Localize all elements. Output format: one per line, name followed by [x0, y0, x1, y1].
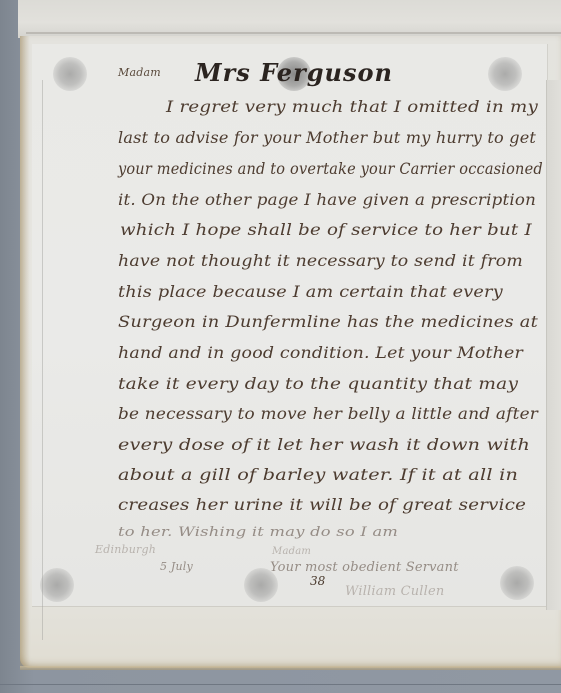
upper-folio-edge — [26, 32, 561, 34]
signature: William Cullen — [345, 584, 444, 599]
closing-madam: Madam — [272, 546, 311, 557]
manuscript-scan: Madam Mrs Ferguson I regret very much th… — [0, 0, 561, 693]
folio-number: 38 — [310, 574, 325, 588]
mounting-stain-bottom-left — [40, 568, 74, 602]
letter-line: take it every day to the quantity that m… — [118, 375, 518, 393]
letter-line: Surgeon in Dunfermline has the medicines… — [118, 313, 538, 331]
letter-line: last to advise for your Mother but my hu… — [118, 129, 536, 147]
letter-line: your medicines and to overtake your Carr… — [118, 160, 543, 178]
addressee-heading: Mrs Ferguson — [195, 58, 393, 87]
letter-line: which I hope shall be of service to her … — [120, 221, 532, 239]
letter-line: it. On the other page I have given a pre… — [118, 191, 536, 209]
letter-line: creases her urine it will be of great se… — [118, 496, 526, 514]
letter-line: hand and in good condition. Let your Mot… — [118, 344, 523, 362]
closing-servant: Your most obedient Servant — [270, 560, 459, 575]
letter-line: every dose of it let her wash it down wi… — [118, 436, 530, 454]
letter-line: about a gill of barley water. If it at a… — [118, 466, 518, 484]
letter-line: be necessary to move her belly a little … — [118, 405, 538, 423]
fold-crease — [42, 80, 43, 640]
paper-bottom-edge — [20, 666, 561, 670]
letter-line: have not thought it necessary to send it… — [118, 252, 523, 270]
salutation: Madam — [118, 66, 161, 79]
mounting-stain-top-right — [488, 57, 522, 91]
letter-line: I regret very much that I omitted in my — [166, 98, 538, 116]
letter-line: to her. Wishing it may do so I am — [118, 525, 398, 540]
mounting-stain-top-left — [53, 57, 87, 91]
letter-line: this place because I am certain that eve… — [118, 283, 503, 301]
torn-right-edge — [546, 80, 561, 610]
docket-date: 5 July — [160, 560, 193, 573]
mount-edge-line — [0, 684, 561, 685]
docket-place: Edinburgh — [95, 543, 156, 556]
paper-left-edge — [20, 36, 30, 668]
mounting-stain-bottom-right — [500, 566, 534, 600]
